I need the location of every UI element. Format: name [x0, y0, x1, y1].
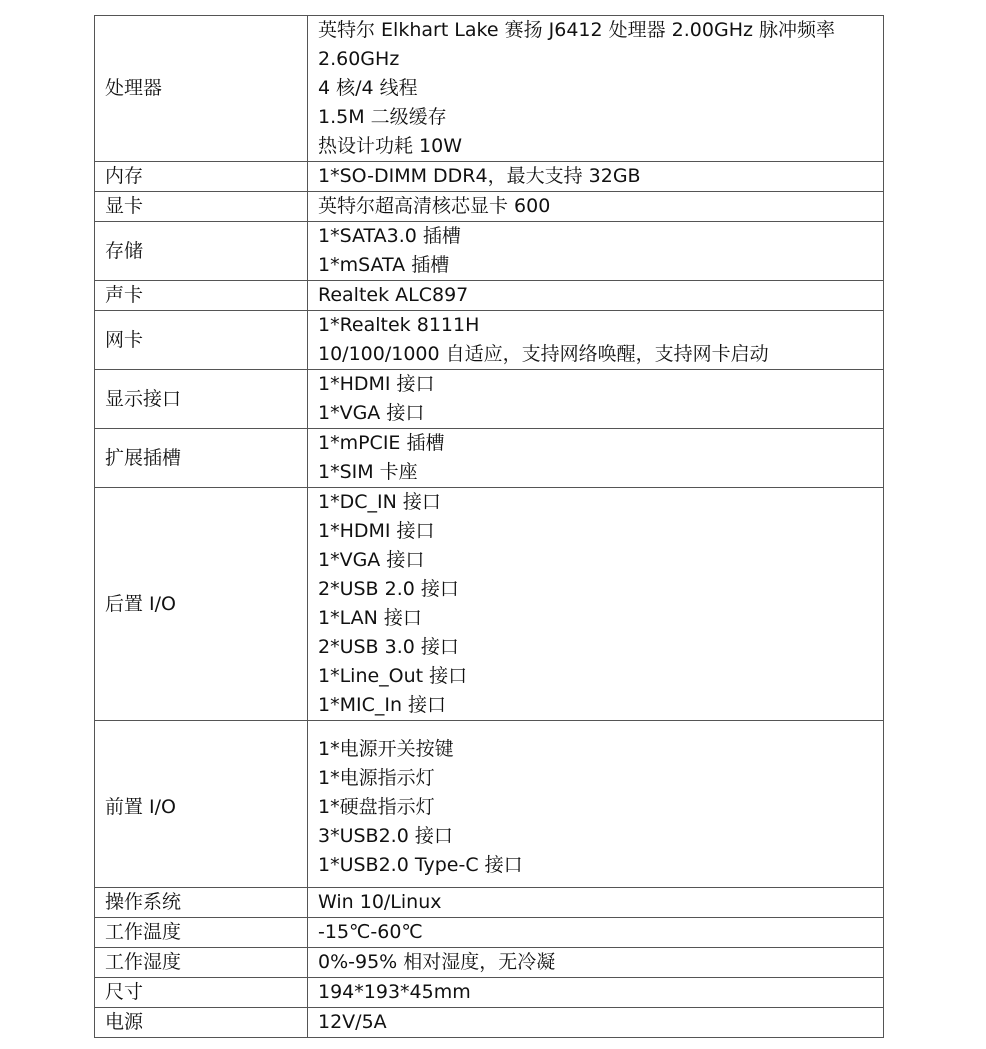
spec-value: 12V/5A	[308, 1008, 884, 1038]
spec-value-line: 1*VGA 接口	[318, 399, 873, 428]
spec-value: 194*193*45mm	[308, 978, 884, 1008]
spec-value-line: 1*DC_IN 接口	[318, 488, 873, 517]
spec-value-line: Realtek ALC897	[318, 281, 873, 310]
spec-row-graphics: 显卡 英特尔超高清核芯显卡 600	[95, 192, 884, 222]
spec-value-line: 1*Realtek 8111H	[318, 311, 873, 340]
spec-row-power: 电源 12V/5A	[95, 1008, 884, 1038]
spec-row-network: 网卡 1*Realtek 8111H 10/100/1000 自适应，支持网络唤…	[95, 311, 884, 370]
spec-label: 存储	[95, 222, 308, 281]
spec-value-line: 2*USB 2.0 接口	[318, 575, 873, 604]
spec-value-line: 1*电源开关按键	[318, 735, 873, 764]
spec-value-line: 1*USB2.0 Type-C 接口	[318, 851, 873, 880]
spec-value: 0%-95% 相对湿度，无冷凝	[308, 948, 884, 978]
spec-value: Win 10/Linux	[308, 888, 884, 918]
spec-value-line: 10/100/1000 自适应，支持网络唤醒，支持网卡启动	[318, 340, 873, 369]
spec-value-line: 1*mSATA 插槽	[318, 251, 873, 280]
spec-value: -15℃-60℃	[308, 918, 884, 948]
spec-value: 1*HDMI 接口 1*VGA 接口	[308, 370, 884, 429]
spec-row-front-io: 前置 I/O 1*电源开关按键 1*电源指示灯 1*硬盘指示灯 3*USB2.0…	[95, 721, 884, 888]
spec-value-line: 1*SO-DIMM DDR4，最大支持 32GB	[318, 162, 873, 191]
spec-label: 后置 I/O	[95, 488, 308, 721]
spec-row-rear-io: 后置 I/O 1*DC_IN 接口 1*HDMI 接口 1*VGA 接口 2*U…	[95, 488, 884, 721]
spec-value: Realtek ALC897	[308, 281, 884, 311]
spec-row-dimensions: 尺寸 194*193*45mm	[95, 978, 884, 1008]
spec-value-line: 1*HDMI 接口	[318, 370, 873, 399]
spec-row-processor: 处理器 英特尔 Elkhart Lake 赛扬 J6412 处理器 2.00GH…	[95, 16, 884, 162]
spec-value-line: 1*mPCIE 插槽	[318, 429, 873, 458]
spec-row-os: 操作系统 Win 10/Linux	[95, 888, 884, 918]
spec-value: 1*mPCIE 插槽 1*SIM 卡座	[308, 429, 884, 488]
spec-row-display-ports: 显示接口 1*HDMI 接口 1*VGA 接口	[95, 370, 884, 429]
spec-value-line: 英特尔超高清核芯显卡 600	[318, 192, 873, 221]
spec-value-line: 1.5M 二级缓存	[318, 103, 873, 132]
spec-value-line: 1*MIC_In 接口	[318, 691, 873, 720]
spec-label: 工作温度	[95, 918, 308, 948]
spec-value: 1*Realtek 8111H 10/100/1000 自适应，支持网络唤醒，支…	[308, 311, 884, 370]
spec-value-line: -15℃-60℃	[318, 918, 873, 947]
spec-value-line: 1*Line_Out 接口	[318, 662, 873, 691]
spec-label: 前置 I/O	[95, 721, 308, 888]
spec-value-line: 1*SIM 卡座	[318, 458, 873, 487]
spec-label: 显示接口	[95, 370, 308, 429]
spec-value-line: 194*193*45mm	[318, 978, 873, 1007]
spec-value-line: 1*硬盘指示灯	[318, 793, 873, 822]
spec-value-line: 英特尔 Elkhart Lake 赛扬 J6412 处理器 2.00GHz 脉冲…	[318, 16, 873, 74]
spec-label: 扩展插槽	[95, 429, 308, 488]
spec-value-line: 1*电源指示灯	[318, 764, 873, 793]
spec-label: 工作湿度	[95, 948, 308, 978]
spec-row-expansion-slots: 扩展插槽 1*mPCIE 插槽 1*SIM 卡座	[95, 429, 884, 488]
spec-table: 处理器 英特尔 Elkhart Lake 赛扬 J6412 处理器 2.00GH…	[94, 15, 884, 1038]
spec-value: 1*DC_IN 接口 1*HDMI 接口 1*VGA 接口 2*USB 2.0 …	[308, 488, 884, 721]
spec-value-line: 4 核/4 线程	[318, 74, 873, 103]
spec-value: 1*SO-DIMM DDR4，最大支持 32GB	[308, 162, 884, 192]
spec-value-line: 12V/5A	[318, 1008, 873, 1037]
spec-row-memory: 内存 1*SO-DIMM DDR4，最大支持 32GB	[95, 162, 884, 192]
spec-row-audio: 声卡 Realtek ALC897	[95, 281, 884, 311]
spec-value: 英特尔超高清核芯显卡 600	[308, 192, 884, 222]
spec-value-line: 1*SATA3.0 插槽	[318, 222, 873, 251]
spec-value-line: 1*VGA 接口	[318, 546, 873, 575]
spec-row-storage: 存储 1*SATA3.0 插槽 1*mSATA 插槽	[95, 222, 884, 281]
spec-label: 处理器	[95, 16, 308, 162]
spec-label: 内存	[95, 162, 308, 192]
spec-label: 操作系统	[95, 888, 308, 918]
spec-value-line: 2*USB 3.0 接口	[318, 633, 873, 662]
spec-value: 1*SATA3.0 插槽 1*mSATA 插槽	[308, 222, 884, 281]
spec-value: 英特尔 Elkhart Lake 赛扬 J6412 处理器 2.00GHz 脉冲…	[308, 16, 884, 162]
spec-value: 1*电源开关按键 1*电源指示灯 1*硬盘指示灯 3*USB2.0 接口 1*U…	[308, 721, 884, 888]
spec-label: 电源	[95, 1008, 308, 1038]
spec-label: 网卡	[95, 311, 308, 370]
spec-row-operating-temperature: 工作温度 -15℃-60℃	[95, 918, 884, 948]
spec-label: 显卡	[95, 192, 308, 222]
spec-row-operating-humidity: 工作湿度 0%-95% 相对湿度，无冷凝	[95, 948, 884, 978]
spec-value-line: 3*USB2.0 接口	[318, 822, 873, 851]
spec-value-line: 1*HDMI 接口	[318, 517, 873, 546]
spec-label: 尺寸	[95, 978, 308, 1008]
spec-label: 声卡	[95, 281, 308, 311]
spec-value-line: 1*LAN 接口	[318, 604, 873, 633]
spec-value-line: 0%-95% 相对湿度，无冷凝	[318, 948, 873, 977]
spec-value-line: Win 10/Linux	[318, 888, 873, 917]
spec-value-line: 热设计功耗 10W	[318, 132, 873, 161]
